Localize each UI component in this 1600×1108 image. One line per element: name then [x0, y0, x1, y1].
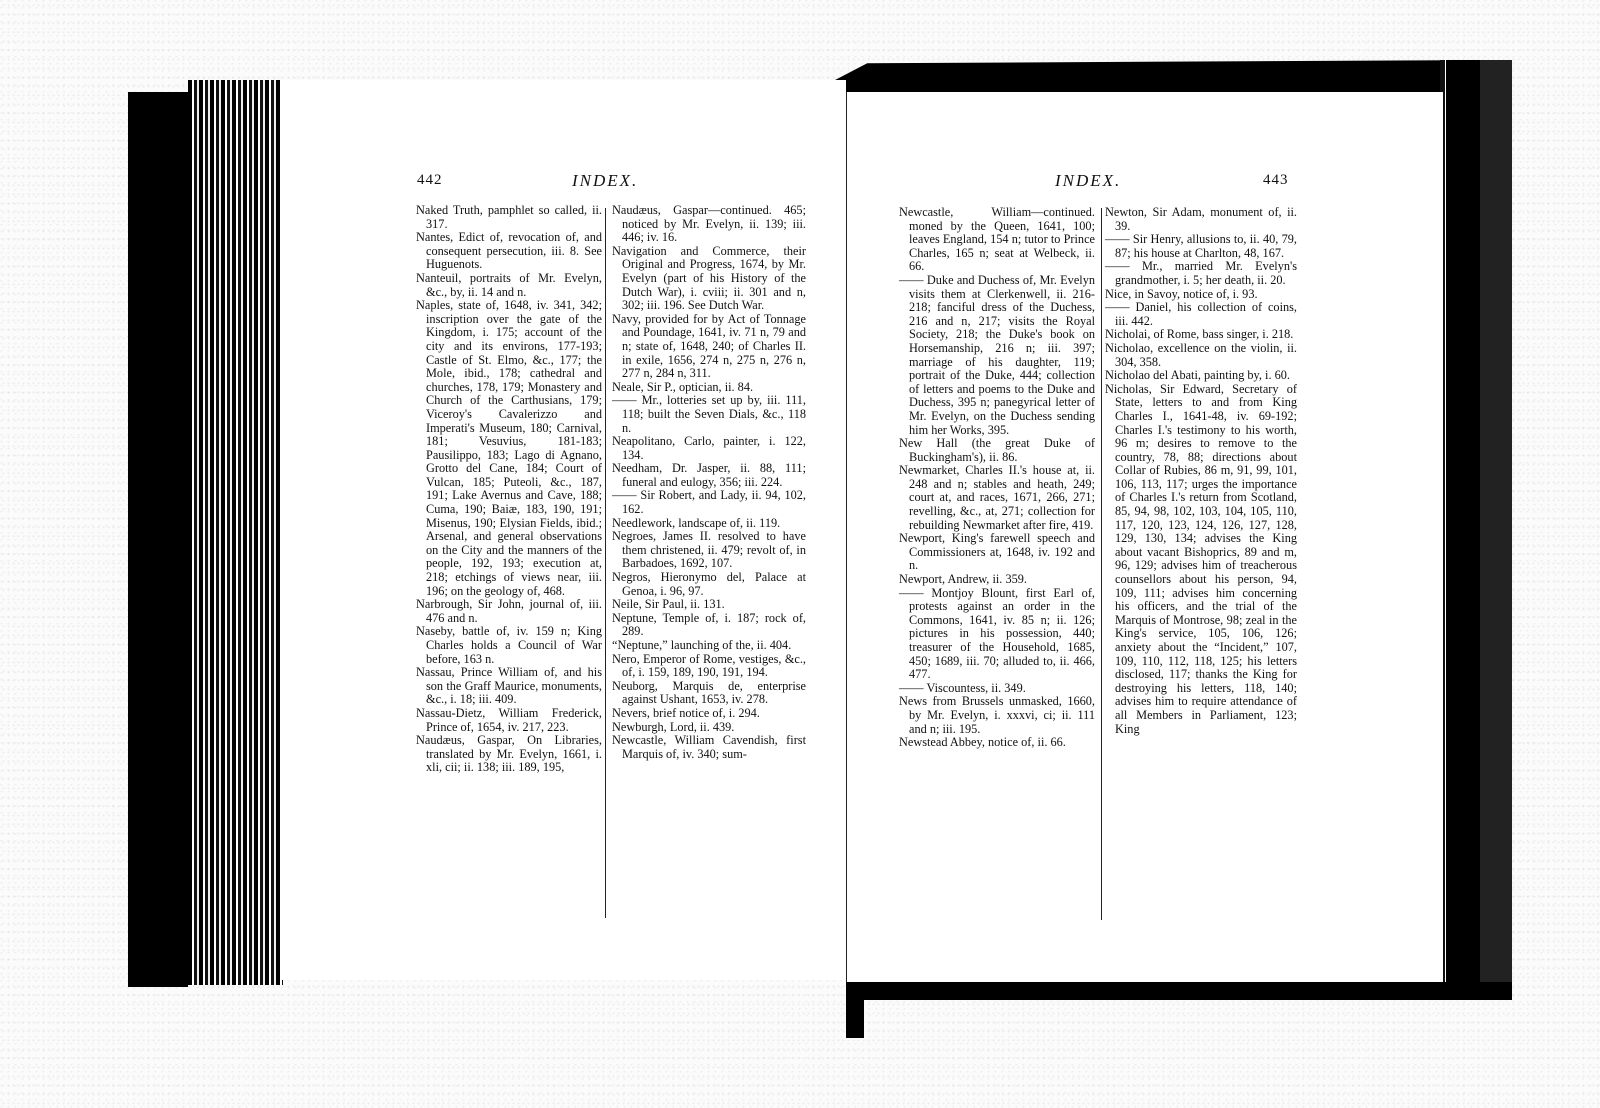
index-entry: Nice, in Savoy, notice of, i. 93. — [1105, 288, 1297, 302]
index-entry: —— Mr., lotteries set up by, iii. 111, 1… — [612, 394, 806, 435]
book-cover-left — [128, 92, 188, 987]
index-entry: Newmarket, Charles II.'s house at, ii. 2… — [899, 464, 1095, 532]
index-entry: Nanteuil, portraits of Mr. Evelyn, &c., … — [416, 272, 602, 299]
index-entry: Newburgh, Lord, ii. 439. — [612, 721, 806, 735]
index-entry: Needham, Dr. Jasper, ii. 88, 111; funera… — [612, 462, 806, 489]
running-title: INDEX. — [1055, 171, 1121, 191]
index-entry: —— Duke and Duchess of, Mr. Evelyn visit… — [899, 274, 1095, 437]
index-entry: Newcastle, William—continued. moned by t… — [899, 206, 1095, 274]
index-entry: Negroes, James II. resolved to have them… — [612, 530, 806, 571]
page-number: 442 — [417, 172, 443, 189]
index-entry: Narbrough, Sir John, journal of, iii. 47… — [416, 598, 602, 625]
index-entry: —— Mr., married Mr. Evelyn's grandmother… — [1105, 260, 1297, 287]
index-entry: —— Viscountess, ii. 349. — [899, 682, 1095, 696]
book-cover-bottom-right — [846, 982, 1512, 1000]
index-entry: —— Montjoy Blount, first Earl of, protes… — [899, 587, 1095, 682]
book-spine — [846, 978, 864, 1038]
page-edges-left — [188, 80, 283, 985]
index-entry: Neptune, Temple of, i. 187; rock of, 289… — [612, 612, 806, 639]
index-entry: Negros, Hieronymo del, Palace at Genoa, … — [612, 571, 806, 598]
index-entry: —— Daniel, his collection of coins, iii.… — [1105, 301, 1297, 328]
index-entry: Nicholao del Abati, painting by, i. 60. — [1105, 369, 1297, 383]
page-number: 443 — [1263, 172, 1289, 189]
index-entry: —— Sir Robert, and Lady, ii. 94, 102, 16… — [612, 489, 806, 516]
index-entry: Nicholas, Sir Edward, Secretary of State… — [1105, 383, 1297, 736]
index-entry: Nantes, Edict of, revocation of, and con… — [416, 231, 602, 272]
running-title: INDEX. — [572, 171, 638, 191]
index-column-3: Newcastle, William—continued. moned by t… — [899, 206, 1095, 750]
index-column-2: Naudæus, Gaspar—continued. 465; noticed … — [612, 204, 806, 761]
index-entry: New Hall (the great Duke of Buckingham's… — [899, 437, 1095, 464]
index-entry: “Neptune,” launching of the, ii. 404. — [612, 639, 806, 653]
index-entry: Newport, Andrew, ii. 359. — [899, 573, 1095, 587]
index-entry: Naked Truth, pamphlet so called, ii. 317… — [416, 204, 602, 231]
index-entry: Newcastle, William Cavendish, first Marq… — [612, 734, 806, 761]
index-entry: —— Sir Henry, allusions to, ii. 40, 79, … — [1105, 233, 1297, 260]
index-entry: Needlework, landscape of, ii. 119. — [612, 517, 806, 531]
index-entry: Nassau-Dietz, William Frederick, Prince … — [416, 707, 602, 734]
index-entry: Nassau, Prince William of, and his son t… — [416, 666, 602, 707]
column-divider — [605, 208, 606, 918]
index-entry: Navy, provided for by Act of Tonnage and… — [612, 313, 806, 381]
index-entry: Neile, Sir Paul, ii. 131. — [612, 598, 806, 612]
index-entry: News from Brussels unmasked, 1660, by Mr… — [899, 695, 1095, 736]
index-entry: Navigation and Commerce, their Original … — [612, 245, 806, 313]
index-entry: Naples, state of, 1648, iv. 341, 342; in… — [416, 299, 602, 598]
index-column-1: Naked Truth, pamphlet so called, ii. 317… — [416, 204, 602, 775]
index-entry: Newstead Abbey, notice of, ii. 66. — [899, 736, 1095, 750]
index-entry: Neale, Sir P., optician, ii. 84. — [612, 381, 806, 395]
index-entry: Neapolitano, Carlo, painter, i. 122, 134… — [612, 435, 806, 462]
index-entry: Nero, Emperor of Rome, vestiges, &c., of… — [612, 653, 806, 680]
left-page: 442 INDEX. Naked Truth, pamphlet so call… — [282, 80, 846, 980]
index-entry: Naseby, battle of, iv. 159 n; King Charl… — [416, 625, 602, 666]
index-entry: Nicholao, excellence on the violin, ii. … — [1105, 342, 1297, 369]
book-cover-right — [1440, 60, 1512, 1000]
index-entry: Nevers, brief notice of, i. 294. — [612, 707, 806, 721]
index-entry: Naudæus, Gaspar—continued. 465; noticed … — [612, 204, 806, 245]
index-entry: Neuborg, Marquis de, enterprise against … — [612, 680, 806, 707]
right-page: INDEX. 443 Newcastle, William—continued.… — [846, 92, 1443, 982]
index-column-4: Newton, Sir Adam, monument of, ii. 39. —… — [1105, 206, 1297, 736]
index-entry: Nicholai, of Rome, bass singer, i. 218. — [1105, 328, 1297, 342]
index-entry: Naudæus, Gaspar, On Libraries, translate… — [416, 734, 602, 775]
index-entry: Newport, King's farewell speech and Comm… — [899, 532, 1095, 573]
index-entry: Newton, Sir Adam, monument of, ii. 39. — [1105, 206, 1297, 233]
book-cover-top-right — [812, 60, 1502, 92]
column-divider — [1101, 208, 1102, 920]
